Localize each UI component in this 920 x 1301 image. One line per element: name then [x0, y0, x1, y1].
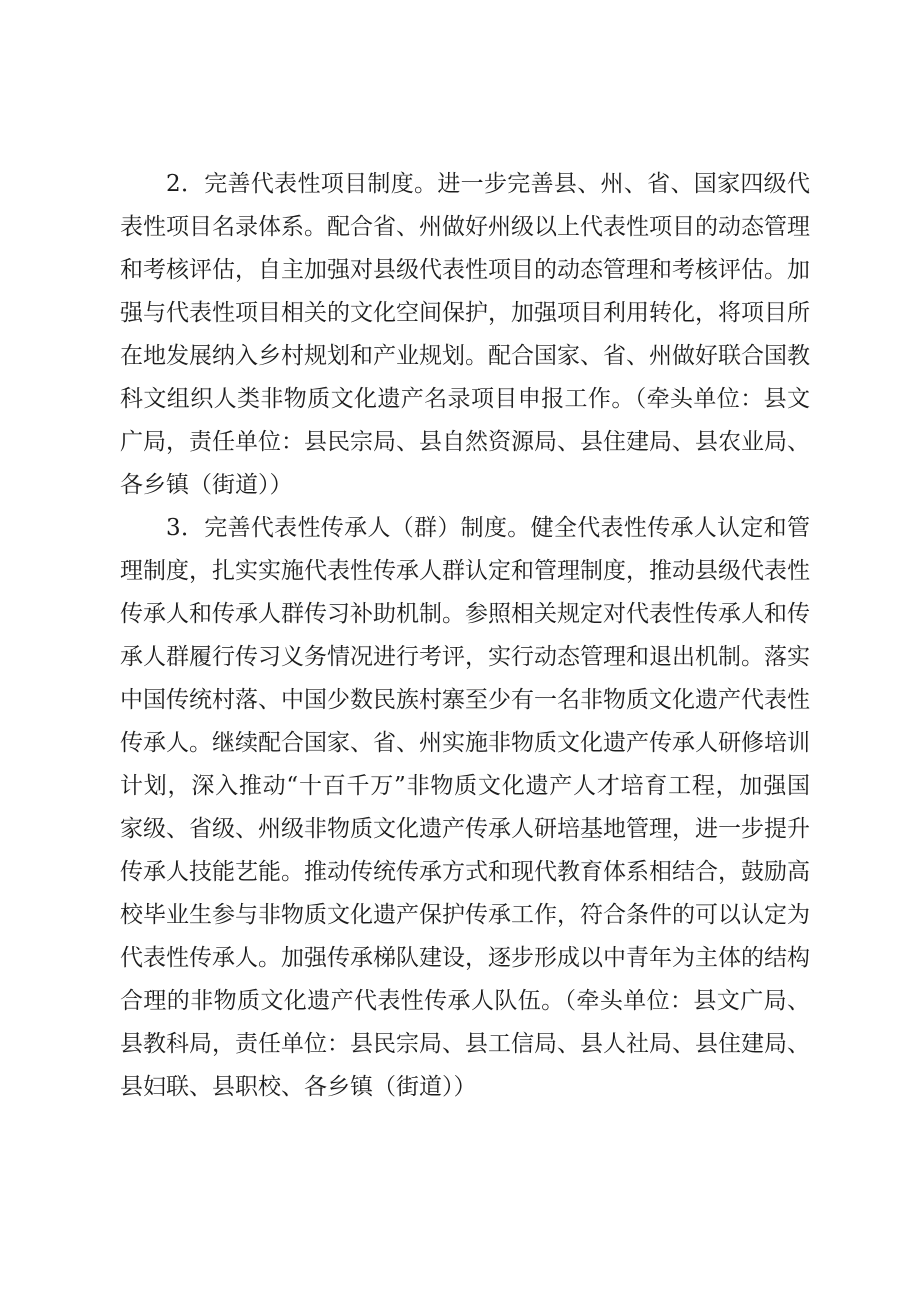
document-line: 传承人和传承人群传习补助机制。参照相关规定对代表性传承人和传: [120, 593, 810, 636]
document-line: 2．完善代表性项目制度。进一步完善县、州、省、国家四级代: [120, 163, 810, 206]
document-line: 和考核评估，自主加强对县级代表性项目的动态管理和考核评估。加: [120, 249, 810, 292]
document-line: 各乡镇（街道））: [120, 464, 810, 507]
document-line: 理制度，扎实实施代表性传承人群认定和管理制度，推动县级代表性: [120, 550, 810, 593]
document-line: 强与代表性项目相关的文化空间保护，加强项目利用转化，将项目所: [120, 292, 810, 335]
document-page: 2．完善代表性项目制度。进一步完善县、州、省、国家四级代表性项目名录体系。配合省…: [0, 0, 920, 1301]
document-line: 科文组织人类非物质文化遗产名录项目申报工作。（牵头单位：县文: [120, 378, 810, 421]
document-line: 代表性传承人。加强传承梯队建设，逐步形成以中青年为主体的结构: [120, 937, 810, 980]
document-line: 广局，责任单位：县民宗局、县自然资源局、县住建局、县农业局、: [120, 421, 810, 464]
document-line: 表性项目名录体系。配合省、州做好州级以上代表性项目的动态管理: [120, 206, 810, 249]
document-line: 在地发展纳入乡村规划和产业规划。配合国家、省、州做好联合国教: [120, 335, 810, 378]
document-line: 传承人。继续配合国家、省、州实施非物质文化遗产传承人研修培训: [120, 722, 810, 765]
document-line: 传承人技能艺能。推动传统传承方式和现代教育体系相结合，鼓励高: [120, 851, 810, 894]
document-line: 合理的非物质文化遗产代表性传承人队伍。（牵头单位：县文广局、: [120, 980, 810, 1023]
paragraph-2: 2．完善代表性项目制度。进一步完善县、州、省、国家四级代表性项目名录体系。配合省…: [120, 163, 810, 507]
document-line: 县妇联、县职校、各乡镇（街道））: [120, 1066, 810, 1109]
document-line: 县教科局，责任单位：县民宗局、县工信局、县人社局、县住建局、: [120, 1023, 810, 1066]
document-line: 中国传统村落、中国少数民族村寨至少有一名非物质文化遗产代表性: [120, 679, 810, 722]
document-line: 承人群履行传习义务情况进行考评，实行动态管理和退出机制。落实: [120, 636, 810, 679]
document-line: 家级、省级、州级非物质文化遗产传承人研培基地管理，进一步提升: [120, 808, 810, 851]
paragraph-3: 3．完善代表性传承人（群）制度。健全代表性传承人认定和管理制度，扎实实施代表性传…: [120, 507, 810, 1109]
document-line: 3．完善代表性传承人（群）制度。健全代表性传承人认定和管: [120, 507, 810, 550]
document-line: 计划，深入推动“十百千万”非物质文化遗产人才培育工程，加强国: [120, 765, 810, 808]
document-line: 校毕业生参与非物质文化遗产保护传承工作，符合条件的可以认定为: [120, 894, 810, 937]
document-body: 2．完善代表性项目制度。进一步完善县、州、省、国家四级代表性项目名录体系。配合省…: [120, 163, 810, 1109]
